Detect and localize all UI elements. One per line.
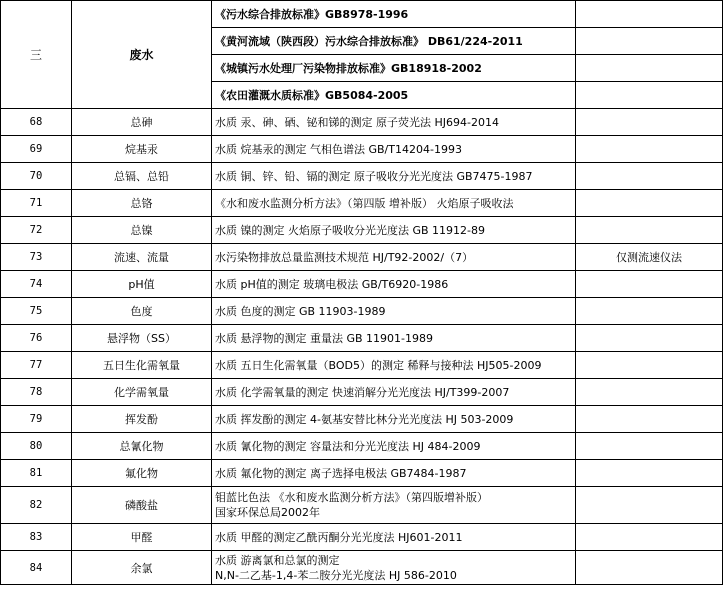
note-cell <box>576 28 723 55</box>
table-row: 69 烷基汞 水质 烷基汞的测定 气相色谱法 GB/T14204-1993 <box>1 136 723 163</box>
row-number: 81 <box>1 460 72 487</box>
row-number: 77 <box>1 352 72 379</box>
standard-cell: 《污水综合排放标准》GB8978-1996 <box>212 1 576 28</box>
row-number: 78 <box>1 379 72 406</box>
row-note <box>576 298 723 325</box>
row-method: 水质 色度的测定 GB 11903-1989 <box>212 298 576 325</box>
table-row: 81 氟化物 水质 氟化物的测定 离子选择电极法 GB7484-1987 <box>1 460 723 487</box>
row-item: 化学需氧量 <box>72 379 212 406</box>
row-item: 流速、流量 <box>72 244 212 271</box>
row-item: 磷酸盐 <box>72 487 212 524</box>
row-item: 色度 <box>72 298 212 325</box>
standard-cell: 《黄河流域（陕西段）污水综合排放标准》 DB61/224-2011 <box>212 28 576 55</box>
row-item: 五日生化需氧量 <box>72 352 212 379</box>
row-note <box>576 163 723 190</box>
table-row: 73 流速、流量 水污染物排放总量监测技术规范 HJ/T92-2002/（7） … <box>1 244 723 271</box>
row-method: 水污染物排放总量监测技术规范 HJ/T92-2002/（7） <box>212 244 576 271</box>
row-note <box>576 271 723 298</box>
row-method-line: 钼蓝比色法 《水和废水监测分析方法》（第四版增补版） <box>215 490 575 505</box>
row-number: 82 <box>1 487 72 524</box>
row-note <box>576 406 723 433</box>
row-note <box>576 487 723 524</box>
row-item: 总铬 <box>72 190 212 217</box>
row-number: 80 <box>1 433 72 460</box>
row-method: 水质 五日生化需氧量（BOD5）的测定 稀释与接种法 HJ505-2009 <box>212 352 576 379</box>
row-method: 水质 游离氯和总氯的测定 N,N-二乙基-1,4-苯二胺分光光度法 HJ 586… <box>212 551 576 585</box>
row-item: 总砷 <box>72 109 212 136</box>
section-header-row: 三 废水 《污水综合排放标准》GB8978-1996 <box>1 1 723 28</box>
row-method-line: 水质 游离氯和总氯的测定 <box>215 553 575 568</box>
row-method: 水质 烷基汞的测定 气相色谱法 GB/T14204-1993 <box>212 136 576 163</box>
row-note <box>576 325 723 352</box>
row-method: 水质 氰化物的测定 容量法和分光光度法 HJ 484-2009 <box>212 433 576 460</box>
row-method: 水质 甲醛的测定乙酰丙酮分光光度法 HJ601-2011 <box>212 524 576 551</box>
row-item: 总镍 <box>72 217 212 244</box>
row-number: 83 <box>1 524 72 551</box>
row-note <box>576 136 723 163</box>
table-row: 74 pH值 水质 pH值的测定 玻璃电极法 GB/T6920-1986 <box>1 271 723 298</box>
note-cell <box>576 1 723 28</box>
row-item: 余氯 <box>72 551 212 585</box>
row-item: 总镉、总铅 <box>72 163 212 190</box>
row-method: 水质 汞、砷、硒、铋和锑的测定 原子荧光法 HJ694-2014 <box>212 109 576 136</box>
standard-cell: 《城镇污水处理厂污染物排放标准》GB18918-2002 <box>212 55 576 82</box>
row-number: 74 <box>1 271 72 298</box>
table-row: 77 五日生化需氧量 水质 五日生化需氧量（BOD5）的测定 稀释与接种法 HJ… <box>1 352 723 379</box>
row-note <box>576 433 723 460</box>
row-note <box>576 217 723 244</box>
row-method: 水质 pH值的测定 玻璃电极法 GB/T6920-1986 <box>212 271 576 298</box>
row-number: 68 <box>1 109 72 136</box>
row-note: 仅测流速仪法 <box>576 244 723 271</box>
table-row: 72 总镍 水质 镍的测定 火焰原子吸收分光光度法 GB 11912-89 <box>1 217 723 244</box>
table-row: 76 悬浮物（SS） 水质 悬浮物的测定 重量法 GB 11901-1989 <box>1 325 723 352</box>
table-row: 71 总铬 《水和废水监测分析方法》（第四版 增补版） 火焰原子吸收法 <box>1 190 723 217</box>
table-row: 83 甲醛 水质 甲醛的测定乙酰丙酮分光光度法 HJ601-2011 <box>1 524 723 551</box>
row-method-line: N,N-二乙基-1,4-苯二胺分光光度法 HJ 586-2010 <box>215 568 575 583</box>
table-row: 82 磷酸盐 钼蓝比色法 《水和废水监测分析方法》（第四版增补版） 国家环保总局… <box>1 487 723 524</box>
row-number: 72 <box>1 217 72 244</box>
row-number: 75 <box>1 298 72 325</box>
row-note <box>576 379 723 406</box>
row-number: 79 <box>1 406 72 433</box>
row-item: 挥发酚 <box>72 406 212 433</box>
row-method: 水质 镍的测定 火焰原子吸收分光光度法 GB 11912-89 <box>212 217 576 244</box>
row-item: 总氰化物 <box>72 433 212 460</box>
table-row: 75 色度 水质 色度的测定 GB 11903-1989 <box>1 298 723 325</box>
row-method: 钼蓝比色法 《水和废水监测分析方法》（第四版增补版） 国家环保总局2002年 <box>212 487 576 524</box>
row-note <box>576 551 723 585</box>
row-item: 悬浮物（SS） <box>72 325 212 352</box>
row-note <box>576 460 723 487</box>
row-item: 烷基汞 <box>72 136 212 163</box>
standard-cell: 《农田灌溉水质标准》GB5084-2005 <box>212 82 576 109</box>
row-note <box>576 524 723 551</box>
note-cell <box>576 55 723 82</box>
row-method: 水质 氟化物的测定 离子选择电极法 GB7484-1987 <box>212 460 576 487</box>
row-number: 76 <box>1 325 72 352</box>
row-method: 水质 铜、锌、铅、镉的测定 原子吸收分光光度法 GB7475-1987 <box>212 163 576 190</box>
table-row: 80 总氰化物 水质 氰化物的测定 容量法和分光光度法 HJ 484-2009 <box>1 433 723 460</box>
row-note <box>576 109 723 136</box>
row-item: 氟化物 <box>72 460 212 487</box>
note-cell <box>576 82 723 109</box>
row-number: 71 <box>1 190 72 217</box>
row-note <box>576 352 723 379</box>
table-row: 70 总镉、总铅 水质 铜、锌、铅、镉的测定 原子吸收分光光度法 GB7475-… <box>1 163 723 190</box>
standards-table: 三 废水 《污水综合排放标准》GB8978-1996 《黄河流域（陕西段）污水综… <box>0 0 723 585</box>
table-row: 79 挥发酚 水质 挥发酚的测定 4-氨基安替比林分光光度法 HJ 503-20… <box>1 406 723 433</box>
row-method-line: 国家环保总局2002年 <box>215 505 575 520</box>
row-number: 70 <box>1 163 72 190</box>
row-number: 73 <box>1 244 72 271</box>
row-number: 84 <box>1 551 72 585</box>
table-row: 78 化学需氧量 水质 化学需氧量的测定 快速消解分光光度法 HJ/T399-2… <box>1 379 723 406</box>
row-item: pH值 <box>72 271 212 298</box>
row-method: 水质 化学需氧量的测定 快速消解分光光度法 HJ/T399-2007 <box>212 379 576 406</box>
row-method: 水质 悬浮物的测定 重量法 GB 11901-1989 <box>212 325 576 352</box>
row-method: 水质 挥发酚的测定 4-氨基安替比林分光光度法 HJ 503-2009 <box>212 406 576 433</box>
table-row: 68 总砷 水质 汞、砷、硒、铋和锑的测定 原子荧光法 HJ694-2014 <box>1 109 723 136</box>
row-note <box>576 190 723 217</box>
table-row: 84 余氯 水质 游离氯和总氯的测定 N,N-二乙基-1,4-苯二胺分光光度法 … <box>1 551 723 585</box>
section-category: 废水 <box>72 1 212 109</box>
row-method: 《水和废水监测分析方法》（第四版 增补版） 火焰原子吸收法 <box>212 190 576 217</box>
row-number: 69 <box>1 136 72 163</box>
row-item: 甲醛 <box>72 524 212 551</box>
section-number: 三 <box>1 1 72 109</box>
